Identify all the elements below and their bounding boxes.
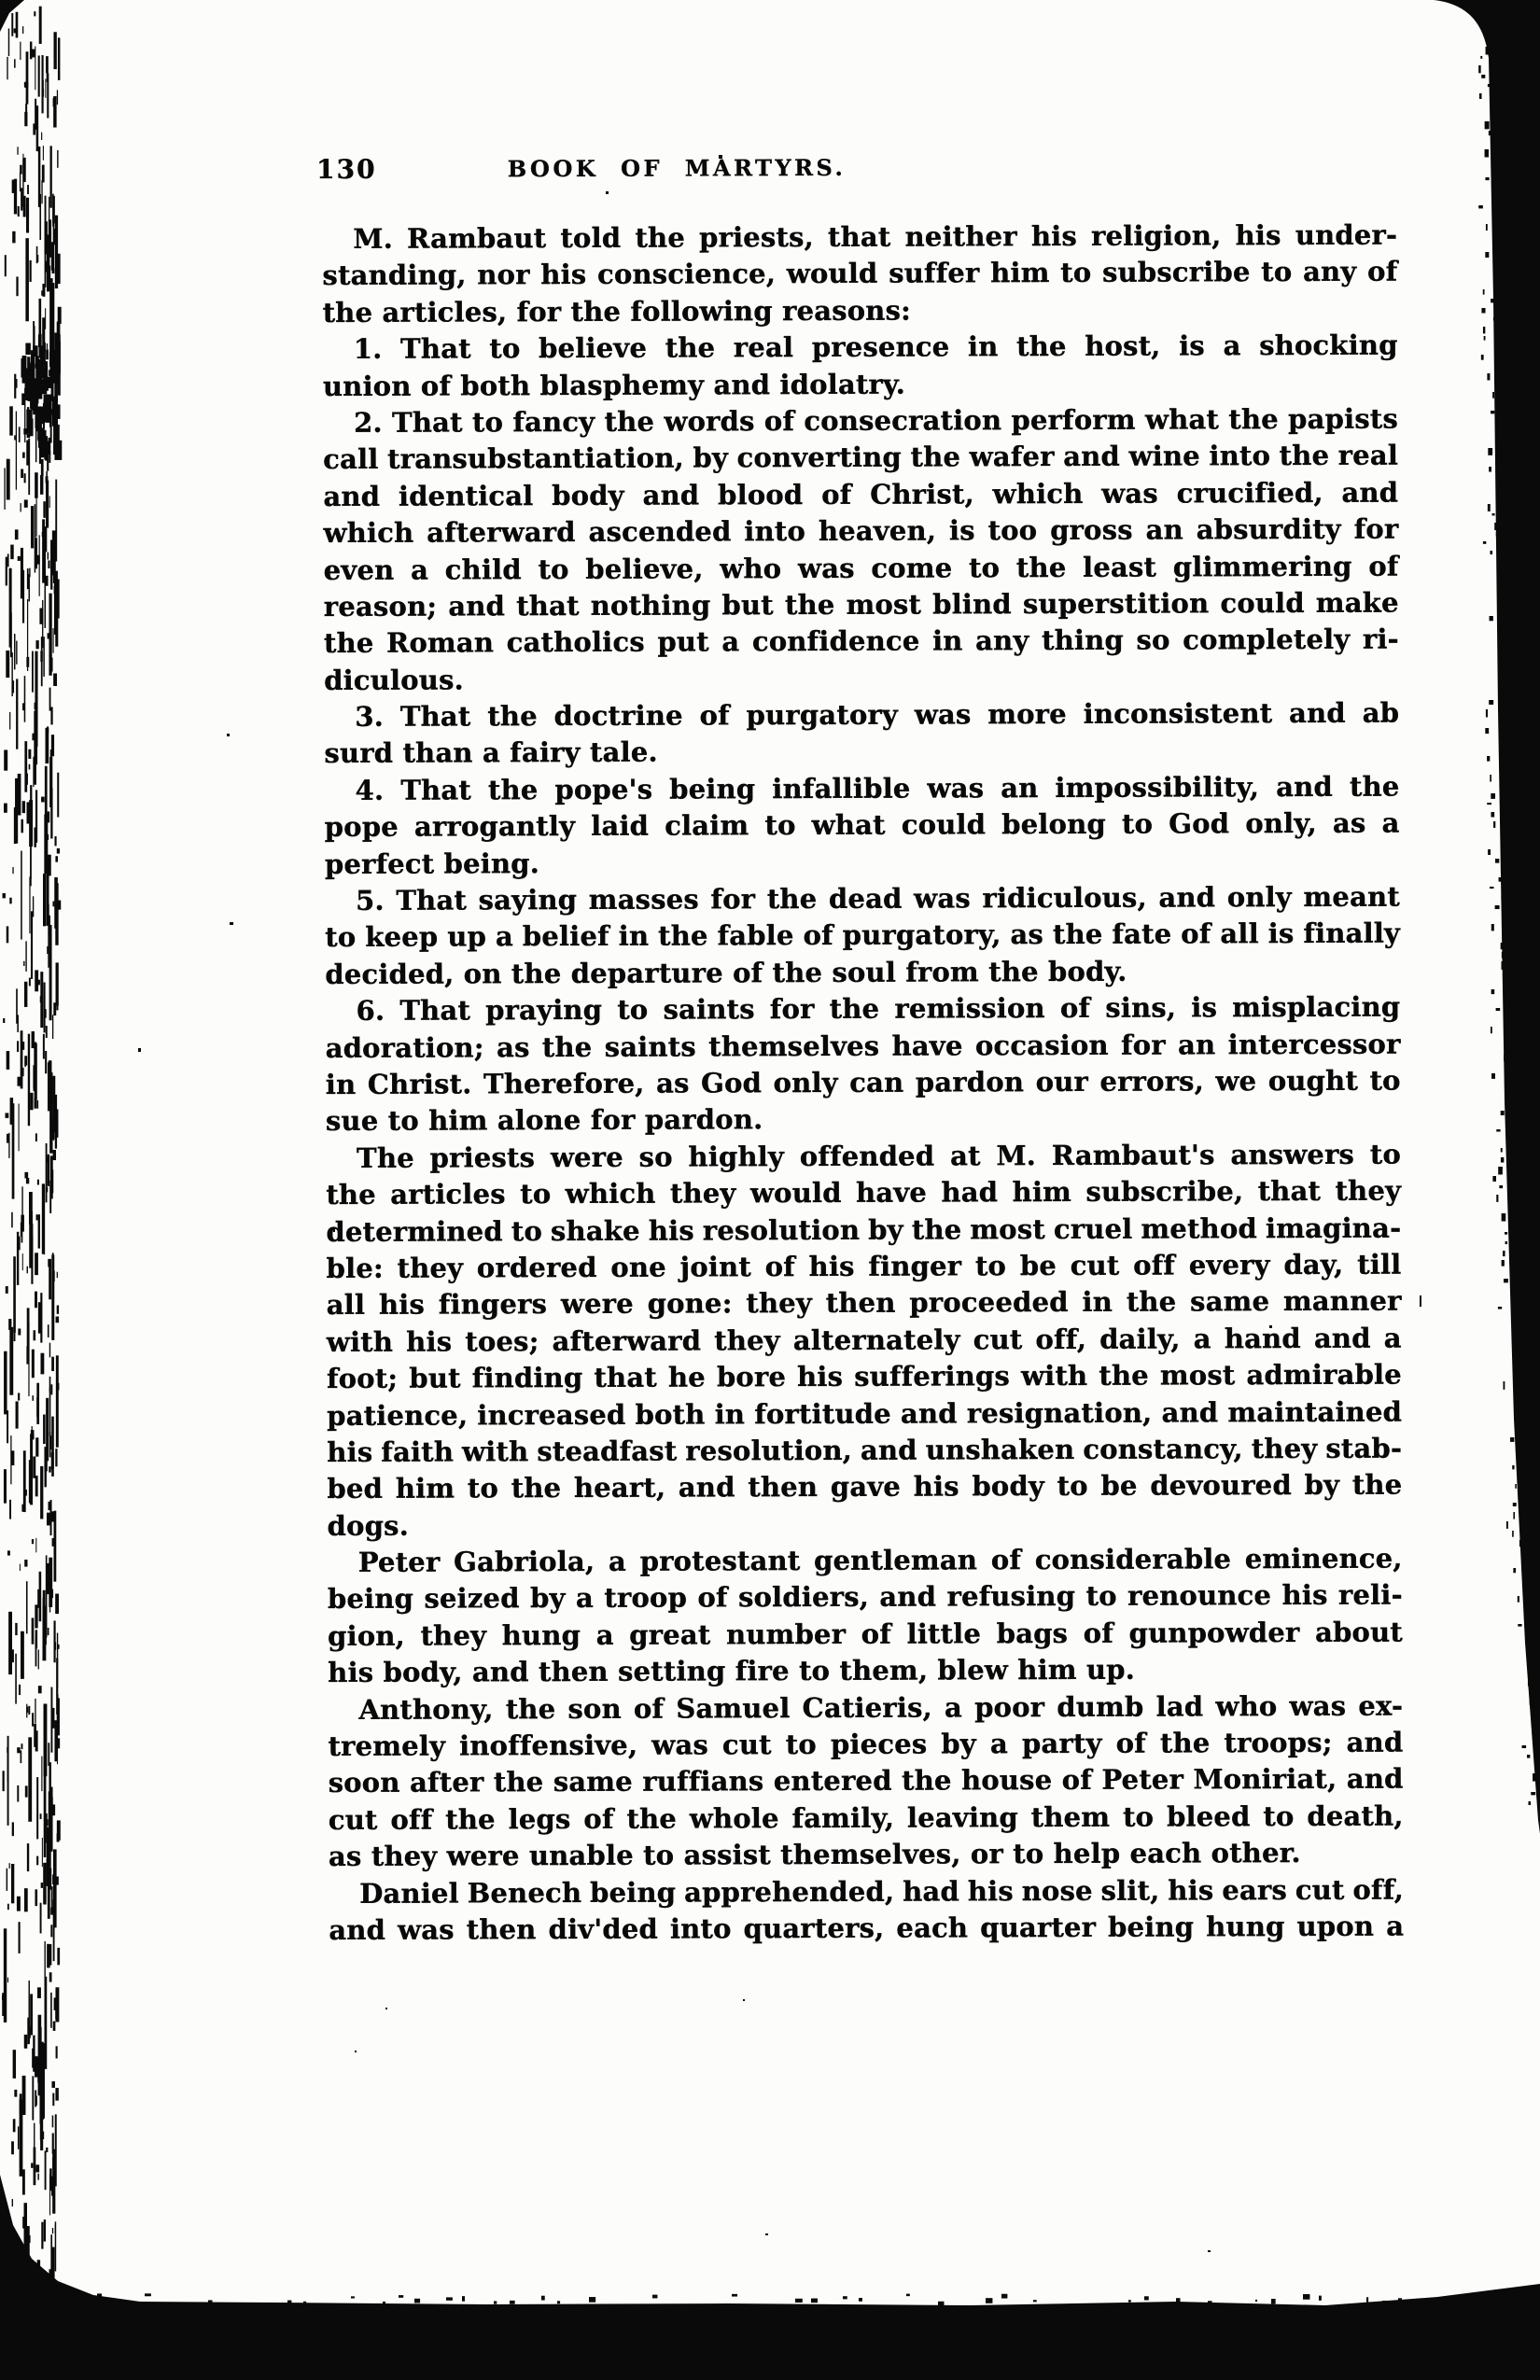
text-line: Daniel Benech being apprehended, had his… <box>329 1871 1404 1912</box>
body-text: M. Rambaut told the priests, that neithe… <box>322 217 1404 1950</box>
text-line: decided, on the departure of the soul fr… <box>325 952 1400 993</box>
text-line: 5. That saying masses for the dead was r… <box>325 879 1400 920</box>
text-line: standing, nor his conscience, would suff… <box>322 254 1397 295</box>
page-number: 130 <box>316 154 377 185</box>
text-line: to keep up a belief in the fable of purg… <box>325 916 1400 957</box>
text-line: gion, they hung a great number of little… <box>328 1614 1403 1655</box>
page-header: 130 BOOK OF MARTYRS. <box>322 150 1397 186</box>
text-line: in Christ. Therefore, as God only can pa… <box>326 1063 1401 1104</box>
text-line: 3. That the doctrine of purgatory was mo… <box>324 695 1399 736</box>
text-line: 1. That to believe the real presence in … <box>323 328 1398 369</box>
text-line: reason; and that nothing but the most bl… <box>324 584 1399 625</box>
text-line: the articles, for the following reasons: <box>323 290 1398 331</box>
text-line: union of both blasphemy and idolatry. <box>323 364 1398 405</box>
text-line: which afterward ascended into heaven, is… <box>323 511 1398 553</box>
text-line: tremely inoffensive, was cut to pieces b… <box>328 1725 1403 1766</box>
text-line: soon after the same ruffians entered the… <box>329 1761 1404 1802</box>
text-line: as they were unable to assist themselves… <box>329 1835 1404 1876</box>
text-line: 2. That to fancy the words of consecrati… <box>323 401 1398 442</box>
page-content: 130 BOOK OF MARTYRS. M. Rambaut told the… <box>322 150 1397 186</box>
text-line: foot; but finding that he bore his suffe… <box>327 1357 1402 1398</box>
text-line: bed him to the heart, and then gave his … <box>327 1467 1402 1508</box>
text-line: ble: they ordered one joint of his finge… <box>327 1247 1402 1288</box>
text-line: perfect being. <box>325 842 1400 883</box>
text-line: 4. That the pope's being infallible was … <box>325 768 1400 809</box>
text-line: his body, and then setting fire to them,… <box>328 1651 1403 1692</box>
text-line: patience, increased both in fortitude an… <box>327 1393 1402 1435</box>
text-line: the Roman catholics put a confidence in … <box>324 622 1399 663</box>
text-line: the articles to which they would have ha… <box>326 1173 1401 1214</box>
text-line: Anthony, the son of Samuel Catieris, a p… <box>328 1687 1403 1729</box>
text-line: and was then div'ded into quarters, each… <box>329 1909 1404 1950</box>
text-line: sue to him alone for pardon. <box>326 1099 1401 1141</box>
text-line: Peter Gabriola, a protestant gentleman o… <box>328 1541 1403 1582</box>
text-line: M. Rambaut told the priests, that neithe… <box>322 217 1397 259</box>
text-line: all his fingers were gone: they then pro… <box>327 1283 1402 1324</box>
text-line: determined to shake his resolution by th… <box>326 1210 1401 1251</box>
text-line: 6. That praying to saints for the remiss… <box>325 989 1400 1030</box>
text-line: The priests were so highly offended at M… <box>326 1136 1401 1177</box>
scanned-book-page: 130 BOOK OF MARTYRS. M. Rambaut told the… <box>0 0 1540 2380</box>
text-line: his faith with steadfast resolution, and… <box>327 1430 1402 1471</box>
text-line: and identical body and blood of Christ, … <box>323 474 1398 515</box>
text-line: surd than a fairy tale. <box>324 732 1399 773</box>
text-line: even a child to believe, who was come to… <box>324 548 1399 589</box>
text-line: pope arrogantly laid claim to what could… <box>325 805 1400 847</box>
text-line: adoration; as the saints themselves have… <box>326 1026 1401 1067</box>
running-title: BOOK OF MARTYRS. <box>508 154 847 182</box>
text-line: cut off the legs of the whole family, le… <box>329 1798 1404 1839</box>
text-line: being seized by a troop of soldiers, and… <box>328 1577 1403 1618</box>
text-line: call transubstantiation, by converting t… <box>323 438 1398 479</box>
text-line: with his toes; afterward they alternatel… <box>327 1320 1402 1361</box>
text-line: dogs. <box>328 1504 1403 1545</box>
text-line: diculous. <box>324 658 1399 699</box>
